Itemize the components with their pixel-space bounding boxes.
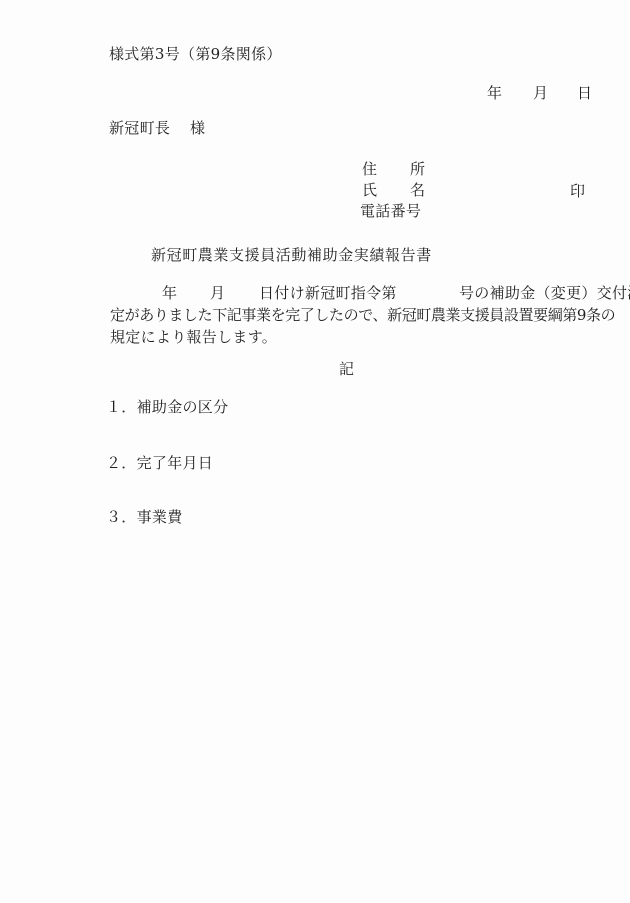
seal-mark: 印 xyxy=(570,184,585,199)
form-number: 様式第3号（第9条関係） xyxy=(109,47,282,62)
date-year-label: 年 xyxy=(487,86,502,101)
address-label-2: 所 xyxy=(410,162,425,177)
item-project-cost: ３．事業費 xyxy=(106,510,183,525)
body-line1-year-label: 年 xyxy=(162,286,177,301)
date-month-label: 月 xyxy=(533,86,548,101)
body-line2: 定がありました下記事業を完了したので、新冠町農業支援員設置要綱第9条の xyxy=(110,308,615,323)
item-subsidy-category: １．補助金の区分 xyxy=(106,400,228,415)
document-title: 新冠町農業支援員活動補助金実績報告書 xyxy=(151,248,432,263)
body-line1-tail: 号の補助金（変更）交付決 xyxy=(459,286,630,301)
name-label-2: 名 xyxy=(410,183,425,198)
phone-number-label: 電話番号 xyxy=(360,204,421,219)
item-completion-date: ２．完了年月日 xyxy=(106,456,213,471)
body-line3: 規定により報告します。 xyxy=(110,330,277,345)
record-mark: 記 xyxy=(339,362,354,377)
document-page: 様式第3号（第9条関係） 年 月 日 新冠町長 様 住 所 氏 名 印 電話番号… xyxy=(0,0,630,903)
addressee-name: 新冠町長 xyxy=(109,121,170,136)
addressee-honorific: 様 xyxy=(190,121,205,136)
address-label: 住 xyxy=(362,162,377,177)
body-line1-month-label: 月 xyxy=(210,286,225,301)
name-label: 氏 xyxy=(362,183,377,198)
body-line1-directive: 日付け新冠町指令第 xyxy=(259,286,397,301)
date-day-label: 日 xyxy=(577,86,592,101)
